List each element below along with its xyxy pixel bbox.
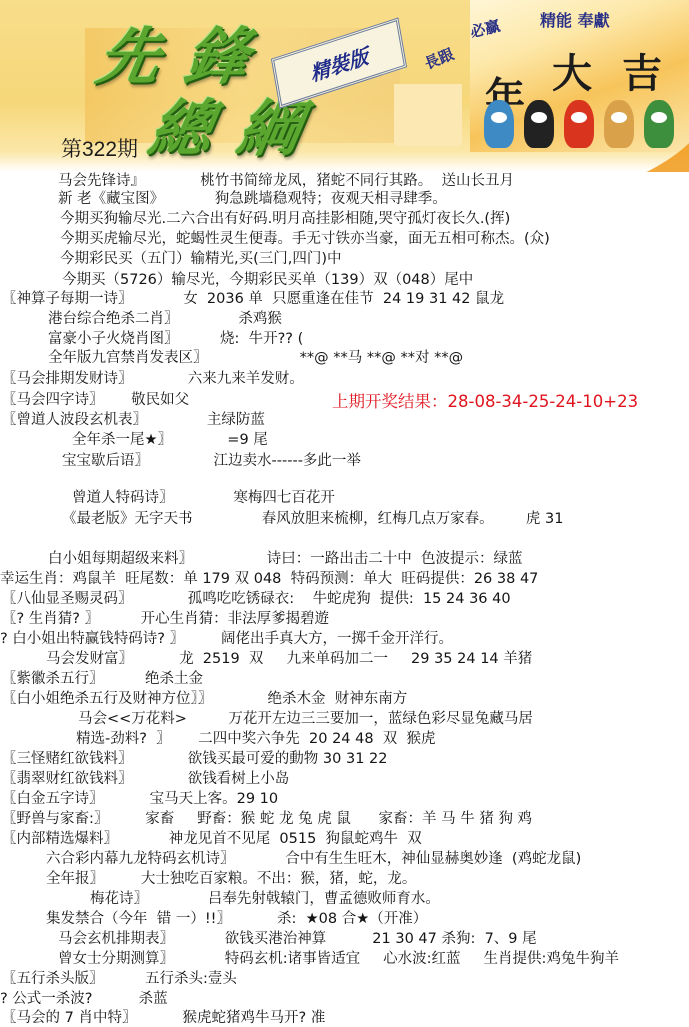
tip-line: 曾道人特码诗〗 寒梅四七百花开 xyxy=(72,489,335,507)
tip-line: 〖马会的 7 肖中特〗 猴虎蛇猪鸡牛马开? 准 xyxy=(2,1009,325,1027)
tip-line: 马会发财富〗 龙 2519 双 九来单码加二一 29 35 24 14 羊猪 xyxy=(46,650,532,668)
tip-line: 马会<<万花料> 万花开左边三三要加一，蓝绿色彩尽显兔藏马居 xyxy=(78,710,533,728)
tip-line: 全年杀一尾★〗 =9 尾 xyxy=(72,431,268,449)
tip-line: 今期买（5726）输尽光，今期彩民买单（139）双（048）尾中 xyxy=(62,271,473,289)
edition-tag-label: 精裝版 xyxy=(308,39,370,86)
tip-line: 马会先锋诗』 桃竹书简缔龙凤，猪蛇不同行其路。 送山长丑月 xyxy=(58,172,514,190)
tip-line: ? 白小姐出特赢钱特码诗? 〗 阔佬出手真大方，一掷千金开洋行。 xyxy=(0,630,453,648)
logo-char-3: 總 xyxy=(145,98,218,160)
tip-line: 〖白小姐绝杀五行及财神方位〗〗 绝杀木金 财神东南方 xyxy=(2,690,407,708)
tip-line: 今期买虎输尽光，蛇蝎性灵生便毒。手无寸铁亦当豪，面无五相可称杰。(众) xyxy=(60,230,550,248)
tip-line: 〖马会排期发财诗〗 六来九来羊发财。 xyxy=(2,370,304,388)
mascot-icon xyxy=(604,100,634,148)
tip-line: 〖马会四字诗〗 敬民如父 xyxy=(2,391,189,409)
tip-line: 集发禁合（今年 错 一）!!〗 杀: ★08 合★（开准） xyxy=(46,910,427,928)
tip-line: 〖白金五字诗〗 宝马天上客。29 10 xyxy=(2,790,278,808)
tip-line: 精选-劲料? 〗 二四中奖六争先 20 24 48 双 猴虎 xyxy=(76,730,436,748)
tip-line: 今期彩民买（五门）输精光,买(三门,四门)中 xyxy=(60,250,342,268)
slogan-top: 精能 奉獻 xyxy=(540,8,610,31)
tip-line: 幸运生肖：鸡鼠羊 旺尾数：单 179 双 048 特码预测：单大 旺码提供：26… xyxy=(0,570,538,588)
tip-line: 港台综合绝杀二肖〗 杀鸡猴 xyxy=(48,310,282,328)
tip-line: 《最老版》无字天书 春风放胆来梳柳，红梅几点万家春。 虎 31 xyxy=(62,510,563,528)
tip-line: 全年版九宫禁肖发表区〗 **@ **马 **@ **对 **@ xyxy=(48,349,463,367)
tip-line: 全年报〗 大士独吃百家粮。不出：猴，猪，蛇，龙。 xyxy=(46,870,416,888)
big-text-3: 吉 xyxy=(622,42,662,99)
tip-line: 〖八仙显圣赐灵码〗 孤鸣吃吃锈碌衣: 牛蛇虎狗 提供: 15 24 36 40 xyxy=(2,590,511,608)
tip-line: 〖内部精选爆料〗 神龙见首不见尾 0515 狗鼠蛇鸡牛 双 xyxy=(2,830,422,848)
tip-line: 〖翡翠财红欲钱料〗 欲钱看树上小岛 xyxy=(2,770,289,788)
mascot-icon xyxy=(524,100,554,148)
tip-line: 〖野兽与家畜:〗 家畜 野畜：猴 蛇 龙 兔 虎 鼠 家畜：羊 马 牛 猪 狗 … xyxy=(2,810,532,828)
tip-line: 曾女士分期测算〗 特码玄机:诸事皆适宜 心水波:红蓝 生肖提供:鸡兔牛狗羊 xyxy=(58,950,619,968)
tip-line: 〖五行杀头版〗 五行杀头:壹头 xyxy=(2,970,237,988)
tip-line: 宝宝歇后语〗 江边卖水------多此一举 xyxy=(62,452,361,470)
last-draw-result: 上期开奖结果：28-08-34-25-24-10+23 xyxy=(332,388,638,412)
tip-line: 富豪小子火烧肖图〗 烧: 牛开?? ( xyxy=(48,330,303,348)
tip-line: 六合彩内幕九龙特码玄机诗〗 合中有生生旺木，神仙显赫奥妙逢 (鸡蛇龙鼠) xyxy=(46,850,581,868)
banner-patch xyxy=(394,84,462,146)
last-draw-numbers: 28-08-34-25-24-10+23 xyxy=(448,392,639,411)
tip-line: ? 公式一杀波? 杀蓝 xyxy=(0,990,168,1008)
mascot-icon xyxy=(484,100,514,148)
tip-line: 白小姐每期超级来料〗 诗曰：一路出击二十中 色波提示：绿蓝 xyxy=(48,550,522,568)
tip-line: 〖神算子每期一诗〗 女 2036 单 只愿重逢在佳节 24 19 31 42 鼠… xyxy=(2,290,504,308)
last-draw-label: 上期开奖结果： xyxy=(332,392,448,411)
tip-line: 〖三怪赌红欲钱料〗 欲钱买最可爱的動物 30 31 22 xyxy=(2,750,388,768)
mascot-group xyxy=(484,100,674,148)
tip-line: 马会玄机排期表〗 欲钱买港治神算 21 30 47 杀狗: 7、9 尾 xyxy=(58,930,537,948)
tip-line: 新 老《藏宝图》 狗急跳墙稳观特；夜观天相寻肆季。 xyxy=(58,190,447,208)
mascot-icon xyxy=(564,100,594,148)
logo-char-2: 鋒 xyxy=(181,26,254,88)
tip-line: 〖? 生肖猜? 〗 开心生肖猜：非法厚爹揭碧遊 xyxy=(2,610,329,628)
tip-line: 梅花诗〗 吕奉先射戟辕门，曹孟德败师育水。 xyxy=(90,890,440,908)
issue-number: 第322期 xyxy=(61,133,138,163)
logo-char-1: 先 xyxy=(93,26,166,88)
tip-line: 〖紫徽杀五行〗 绝杀土金 xyxy=(2,670,203,688)
mascot-icon xyxy=(644,100,674,148)
tip-line: 〖曾道人波段玄机表〗 主绿防蓝 xyxy=(2,411,265,429)
logo-char-4: 綱 xyxy=(233,98,306,160)
header-banner: 先 鋒 總 綱 精裝版 第322期 精能 奉獻 必贏 長跟 年 大 吉 xyxy=(0,0,689,172)
big-text-2: 大 xyxy=(552,42,592,99)
tip-line: 今期买狗输尽光.二六合出有好码.明月高挂影相随,哭守孤灯夜长久.(挥) xyxy=(60,210,510,228)
